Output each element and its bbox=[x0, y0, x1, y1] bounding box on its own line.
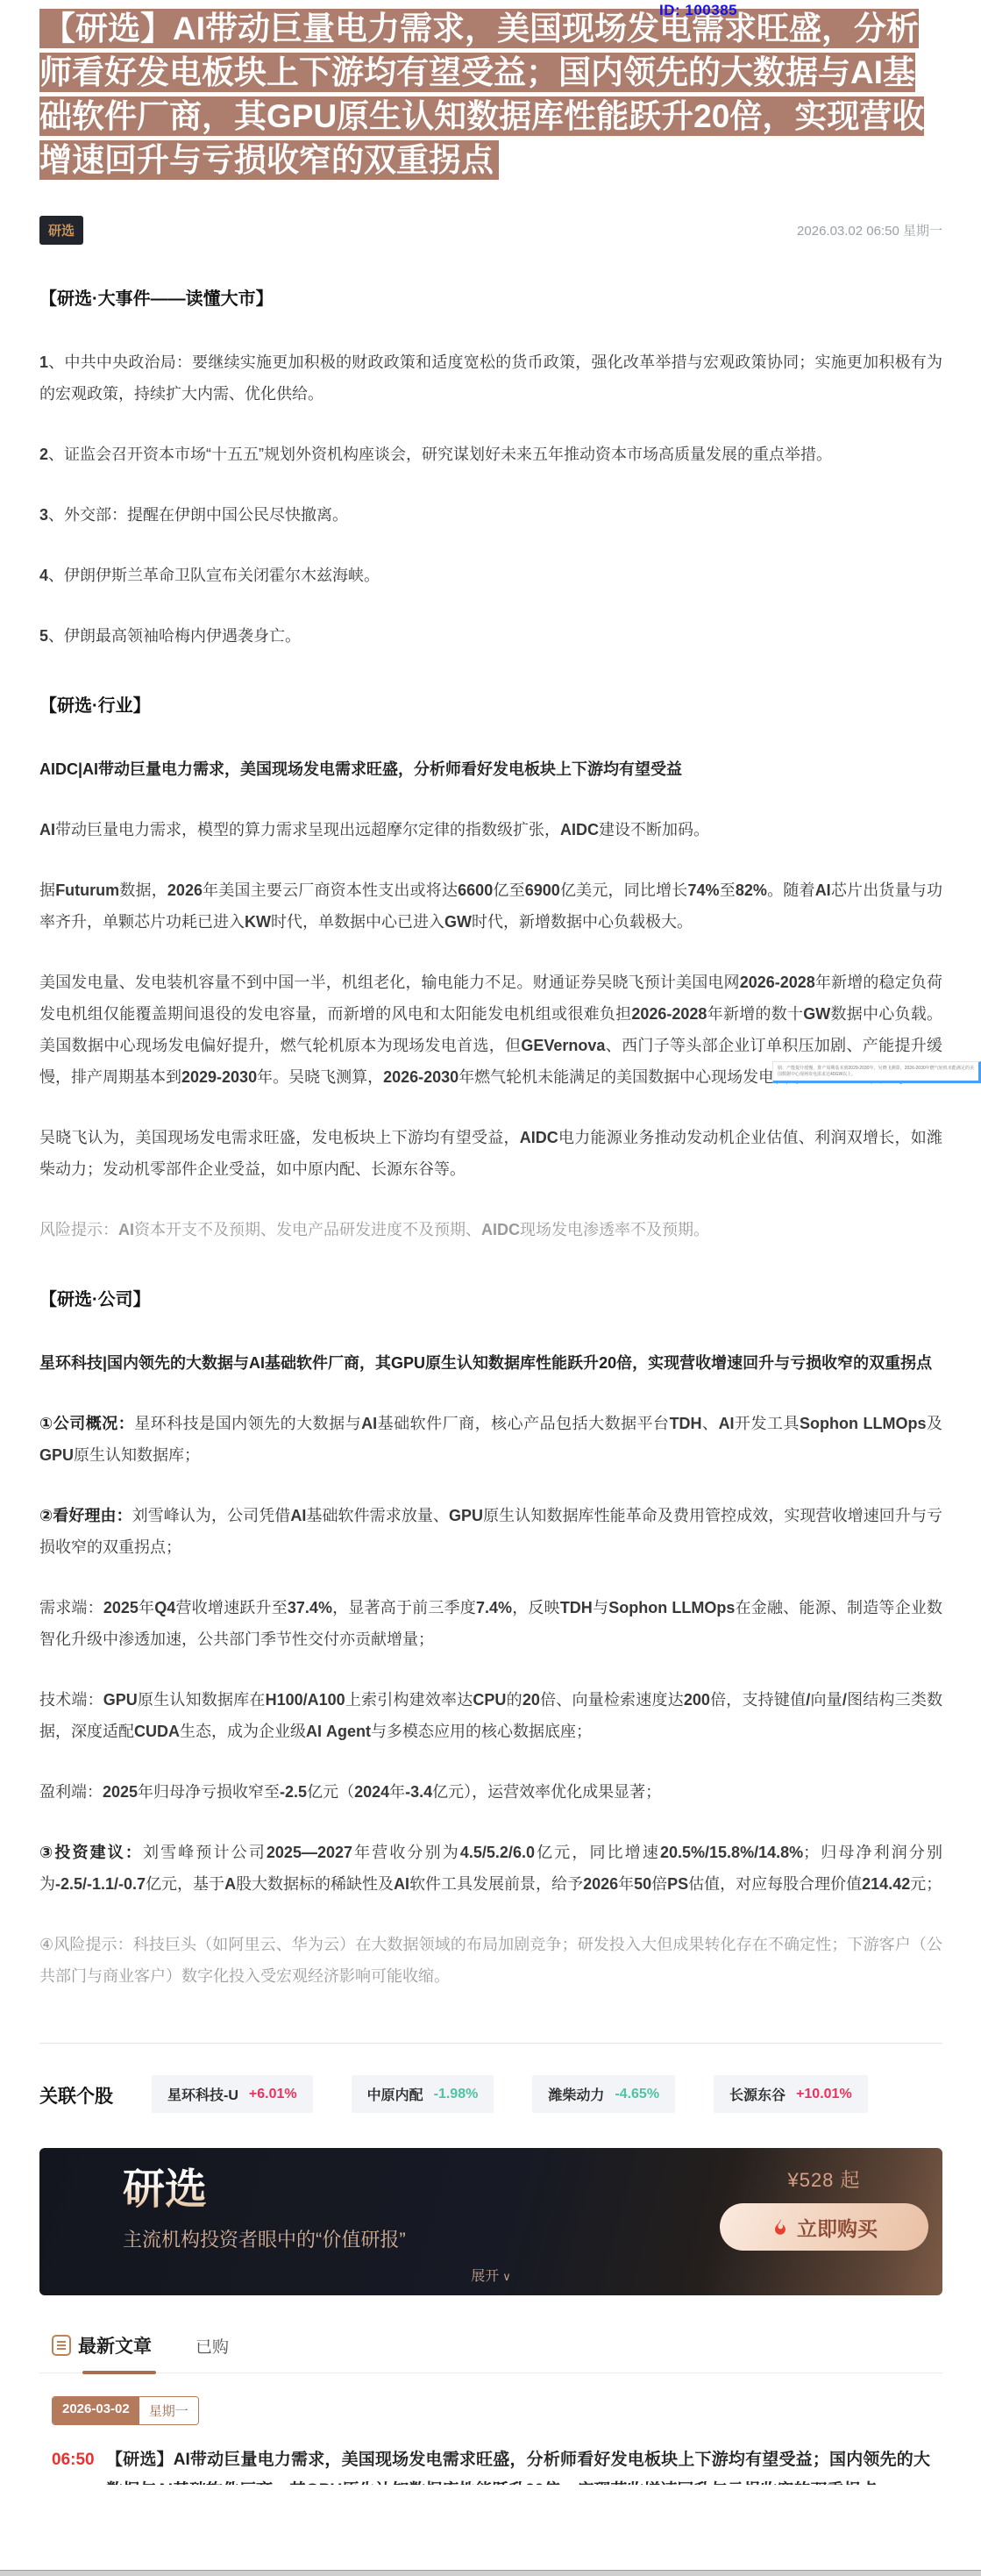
article-paragraph: 2、证监会召开资本市场“十五五”规划外资机构座谈会，研究谋划好未来五年推动资本市… bbox=[39, 439, 942, 470]
article-page: ID: 100385 【研选】AI带动巨量电力需求，美国现场发电需求旺盛，分析师… bbox=[0, 0, 981, 2576]
article-body: 【研选·大事件——读懂大市】1、中共中央政治局：要继续实施更加积极的财政政策和适… bbox=[39, 283, 942, 1992]
page-id-label: ID: 100385 bbox=[659, 2, 737, 19]
flame-icon bbox=[771, 2217, 790, 2237]
column-badge: 研选 bbox=[39, 216, 83, 245]
article-headline: 【研选】AI带动巨量电力需求，美国现场发电需求旺盛，分析师看好发电板块上下游均有… bbox=[39, 0, 928, 182]
related-stocks-label: 关联个股 bbox=[39, 2075, 152, 2113]
article-paragraph: AIDC|AI带动巨量电力需求，美国现场发电需求旺盛，分析师看好发电板块上下游均… bbox=[39, 753, 942, 785]
section-heading: 【研选·大事件——读懂大市】 bbox=[39, 283, 942, 315]
section-heading: 【研选·行业】 bbox=[39, 690, 942, 722]
selection-popup: 剧、产能提升缓慢，排产周期基本到2029-2030年。吴晓飞测算，2026-20… bbox=[772, 1061, 981, 1083]
feed-tabs: 最新文章 已购 bbox=[39, 2332, 942, 2358]
stock-change: +6.01% bbox=[249, 2087, 297, 2102]
article-paragraph: ②看好理由：刘雪峰认为，公司凭借AI基础软件需求放量、GPU原生认知数据库性能革… bbox=[39, 1500, 942, 1563]
tabs-divider bbox=[39, 2373, 942, 2373]
expand-button[interactable]: 展开∨ bbox=[39, 2265, 942, 2285]
article-paragraph: 技术端：GPU原生认知数据库在H100/A100上索引构建效率达CPU的20倍、… bbox=[39, 1684, 942, 1747]
tab-latest-articles[interactable]: 最新文章 bbox=[78, 2332, 152, 2358]
active-tab-indicator bbox=[82, 2371, 156, 2374]
paragraph-lead: ①公司概况： bbox=[39, 1415, 134, 1432]
horizontal-scrollbar[interactable] bbox=[0, 2570, 981, 2576]
promo-price: ¥528 起 bbox=[679, 2166, 942, 2193]
stock-chip[interactable]: 潍柴动力-4.65% bbox=[532, 2075, 675, 2113]
article-paragraph: ③投资建议：刘雪峰预计公司2025—2027年营收分别为4.5/5.2/6.0亿… bbox=[39, 1837, 942, 1900]
headline-highlight: 【研选】AI带动巨量电力需求，美国现场发电需求旺盛，分析师看好发电板块上下游均有… bbox=[39, 9, 924, 180]
feed-item[interactable]: 06:50【研选】AI带动巨量电力需求，美国现场发电需求旺盛，分析师看好发电板块… bbox=[39, 2444, 942, 2485]
stock-chip[interactable]: 中原内配-1.98% bbox=[352, 2075, 494, 2113]
stock-change: -1.98% bbox=[434, 2087, 479, 2102]
main-content: 【研选】AI带动巨量电力需求，美国现场发电需求旺盛，分析师看好发电板块上下游均有… bbox=[39, 0, 942, 2485]
expand-label: 展开 bbox=[471, 2269, 499, 2284]
promo-left: 研选 主流机构投资者眼中的“价值研报” bbox=[123, 2167, 406, 2252]
article-paragraph: 需求端：2025年Q4营收增速跃升至37.4%，显著高于前三季度7.4%，反映T… bbox=[39, 1592, 942, 1655]
feed-item-list: 06:50【研选】AI带动巨量电力需求，美国现场发电需求旺盛，分析师看好发电板块… bbox=[39, 2444, 942, 2485]
section-divider bbox=[39, 2043, 942, 2044]
promo-slogan: 主流机构投资者眼中的“价值研报” bbox=[123, 2225, 406, 2252]
chevron-down-icon: ∨ bbox=[502, 2270, 511, 2283]
stock-chip-list: 星环科技-U+6.01%中原内配-1.98%潍柴动力-4.65%长源东谷+10.… bbox=[152, 2075, 941, 2113]
buy-now-button[interactable]: 立即购买 bbox=[720, 2203, 928, 2251]
article-paragraph: 据Futurum数据，2026年美国主要云厂商资本性支出或将达6600亿至690… bbox=[39, 874, 942, 938]
article-paragraph: 3、外交部：提醒在伊朗中国公民尽快撤离。 bbox=[39, 499, 942, 531]
latest-articles-icon bbox=[52, 2335, 71, 2356]
stock-name: 长源东谷 bbox=[729, 2084, 786, 2104]
feed-date-chip: 2026-03-02 星期一 bbox=[52, 2396, 199, 2425]
stock-chip[interactable]: 星环科技-U+6.01% bbox=[152, 2075, 313, 2113]
meta-row: 研选 2026.03.02 06:50 星期一 bbox=[39, 216, 942, 245]
article-paragraph: 4、伊朗伊斯兰革命卫队宣布关闭霍尔木兹海峡。 bbox=[39, 560, 942, 591]
tab-purchased[interactable]: 已购 bbox=[195, 2334, 229, 2358]
feed-item-time: 06:50 bbox=[52, 2444, 106, 2485]
feed-weekday: 星期一 bbox=[139, 2397, 198, 2424]
article-paragraph: 星环科技|国内领先的大数据与AI基础软件厂商，其GPU原生认知数据库性能跃升20… bbox=[39, 1347, 942, 1379]
related-stocks-section: 关联个股 星环科技-U+6.01%中原内配-1.98%潍柴动力-4.65%长源东… bbox=[39, 2075, 942, 2113]
article-paragraph: AI带动巨量电力需求，模型的算力需求呈现出远超摩尔定律的指数级扩张，AIDC建设… bbox=[39, 814, 942, 846]
stock-name: 潍柴动力 bbox=[548, 2084, 604, 2104]
stock-name: 中原内配 bbox=[367, 2084, 423, 2104]
article-paragraph: 风险提示：AI资本开支不及预期、发电产品研发进度不及预期、AIDC现场发电渗透率… bbox=[39, 1214, 942, 1245]
feed-date: 2026-03-02 bbox=[53, 2397, 139, 2424]
section-heading: 【研选·公司】 bbox=[39, 1284, 942, 1316]
paragraph-lead: ②看好理由： bbox=[39, 1507, 132, 1524]
article-paragraph: ④风险提示：科技巨头（如阿里云、华为云）在大数据领域的布局加剧竞争；研发投入大但… bbox=[39, 1929, 942, 1992]
article-paragraph: 1、中共中央政治局：要继续实施更加积极的财政政策和适度宽松的货币政策，强化改革举… bbox=[39, 346, 942, 410]
publish-datetime: 2026.03.02 06:50 星期一 bbox=[797, 221, 942, 239]
article-paragraph: ①公司概况：星环科技是国内领先的大数据与AI基础软件厂商，核心产品包括大数据平台… bbox=[39, 1408, 942, 1471]
paragraph-lead: ③投资建议： bbox=[39, 1844, 143, 1861]
buy-now-label: 立即购买 bbox=[797, 2213, 878, 2242]
stock-change: -4.65% bbox=[615, 2087, 659, 2102]
stock-change: +10.01% bbox=[796, 2087, 852, 2102]
article-paragraph: 盈利端：2025年归母净亏损收窄至-2.5亿元（2024年-3.4亿元），运营效… bbox=[39, 1776, 942, 1808]
stock-name: 星环科技-U bbox=[167, 2084, 238, 2104]
promo-brand-logo: 研选 bbox=[123, 2167, 406, 2213]
article-paragraph: 吴晓飞认为，美国现场发电需求旺盛，发电板块上下游均有望受益，AIDC电力能源业务… bbox=[39, 1122, 942, 1185]
stock-chip[interactable]: 长源东谷+10.01% bbox=[714, 2075, 868, 2113]
article-paragraph: 5、伊朗最高领袖哈梅内伊遇袭身亡。 bbox=[39, 620, 942, 652]
promo-right: ¥528 起 立即购买 bbox=[679, 2166, 942, 2251]
feed-item-title: 【研选】AI带动巨量电力需求，美国现场发电需求旺盛，分析师看好发电板块上下游均有… bbox=[106, 2444, 930, 2485]
promo-banner: 研选 主流机构投资者眼中的“价值研报” ¥528 起 立即购买 展开∨ bbox=[39, 2148, 942, 2295]
